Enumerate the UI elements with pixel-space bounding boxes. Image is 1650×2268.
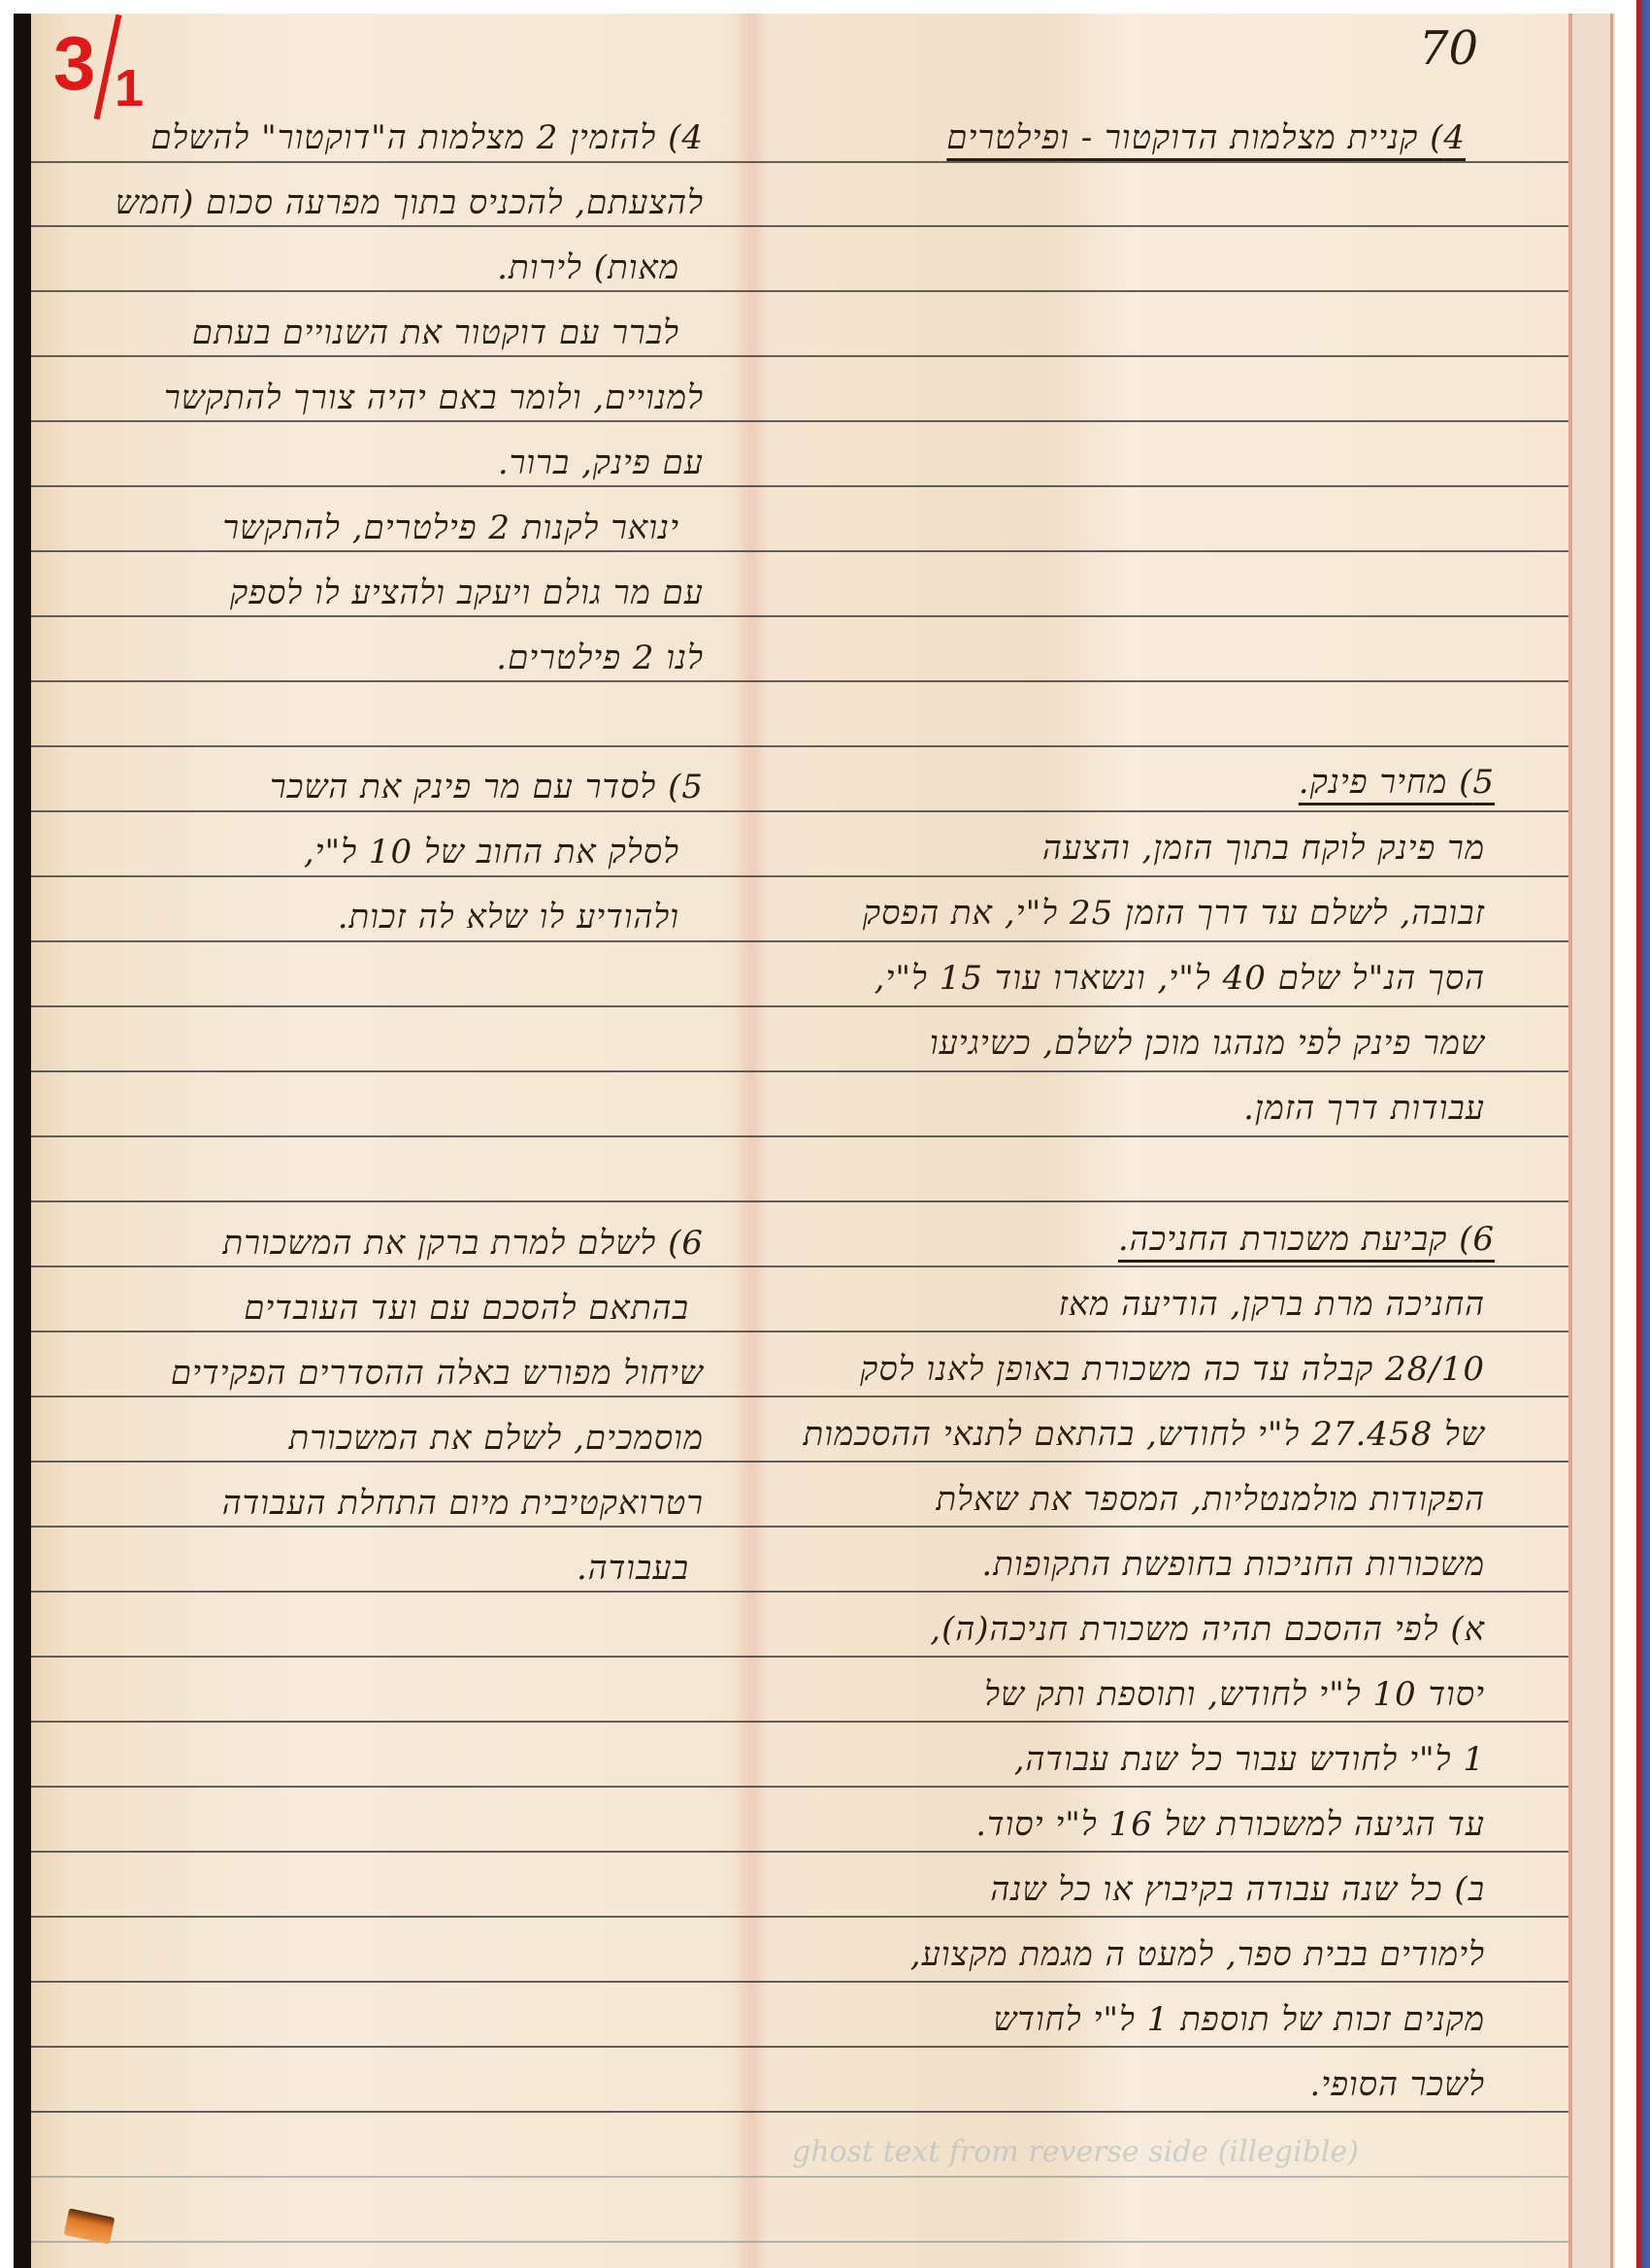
right-section-6-line: משכורות החניכות בחופשת התקופות. bbox=[981, 1541, 1485, 1588]
left-section-4-line: להצעתם, להכניס בתוך מפרעה סכום (חמש bbox=[115, 180, 704, 226]
right-section-5-line: מר פינק לוקח בתוך הזמן, והצעה bbox=[1042, 825, 1485, 871]
right-section-6-line: עד הגיעה למשכורת של 16 ל"י יסוד. bbox=[975, 1801, 1485, 1848]
right-section-5-line: הסך הנ"ל שלם 40 ל"י, ונשארו עוד 15 ל"י, bbox=[874, 955, 1485, 1002]
right-section-6-line: החניכה מרת ברקן, הודיעה מאז bbox=[1059, 1281, 1485, 1328]
left-section-4-line: מאות) לירות. bbox=[497, 245, 679, 291]
center-fold bbox=[732, 14, 771, 2268]
right-section-6-line: לימודים בבית ספר, למעט ה מגמת מקצוע, bbox=[910, 1931, 1485, 1978]
left-section-6-line: בהתאם להסכם עם ועד העובדים bbox=[244, 1285, 689, 1331]
right-section-6-line: הפקודות מולמנטליות, המספר את שאלת bbox=[936, 1476, 1485, 1523]
left-section-5-title: 5) לסדר עם מר פינק את השכר bbox=[270, 764, 704, 810]
left-section-6-title: 6) לשלם למרת ברקן את המשכורת bbox=[222, 1220, 704, 1266]
left-section-6-line: מוסמכים, לשלם את המשכורת bbox=[289, 1415, 704, 1462]
right-section-6-line: ב) כל שנה עבודה בקיבוץ או כל שנה bbox=[990, 1866, 1485, 1913]
left-section-4-line: לנו 2 פילטרים. bbox=[496, 635, 704, 681]
left-section-4-line: לברר עם דוקטור את השנויים בעתם bbox=[192, 310, 679, 356]
left-section-4-line: עם פינק, ברור. bbox=[498, 440, 704, 486]
margin-line-outer bbox=[1610, 14, 1613, 2268]
right-section-6-line: א) לפי ההסכם תהיה משכורת חניכה(ה), bbox=[930, 1606, 1485, 1653]
right-section-5-line: זבובה, לשלם עד דרך הזמן 25 ל"י, את הפסק bbox=[863, 890, 1485, 937]
left-section-4-line: עם מר גולם ויעקב ולהציע לו לספק bbox=[230, 570, 704, 616]
left-section-5-line: לסלק את החוב של 10 ל"י, bbox=[304, 829, 679, 875]
right-section-6-line: לשכר הסופי. bbox=[1309, 2061, 1485, 2108]
page-number: 70 bbox=[1419, 21, 1478, 76]
left-section-6-line: שיחול מפורש באלה ההסדרים הפקידים bbox=[171, 1350, 704, 1397]
right-margin-strip bbox=[1572, 14, 1610, 2268]
left-section-5-line: ולהודיע לו שלא לה זכות. bbox=[338, 894, 679, 940]
bleed-through-text: ghost text from reverse side (illegible) bbox=[792, 2135, 1359, 2169]
right-section-5-title: 5) מחיר פינק. bbox=[1299, 759, 1495, 805]
right-section-5-line: שמר פינק לפי מנהגו מוכן לשלם, כשיגיעו bbox=[930, 1020, 1485, 1067]
left-section-6-line: רטרואקטיבית מיום התחלת העבודה bbox=[222, 1480, 704, 1527]
right-section-6-line: 1 ל"י לחודש עבור כל שנת עבודה, bbox=[1014, 1736, 1485, 1783]
right-section-6-line: של 27.458 ל"י לחודש, בהתאם לתנאי ההסכמות bbox=[804, 1411, 1485, 1458]
left-section-4-line: ינואר לקנות 2 פילטרים, להתקשר bbox=[222, 505, 679, 551]
margin-line bbox=[1568, 14, 1572, 2268]
right-section-6-line: מקנים זכות של תוספת 1 ל"י לחודש bbox=[993, 1996, 1485, 2043]
folio-number: 3 bbox=[53, 19, 95, 108]
left-section-4-line: למנויים, ולומר באם יהיה צורך להתקשר bbox=[164, 375, 704, 421]
left-section-6-line: בעבודה. bbox=[577, 1545, 689, 1592]
left-section-4-title: 4) להזמין 2 מצלמות ה"דוקטור" להשלם bbox=[150, 115, 704, 161]
right-section-5-line: עבודות דרך הזמן. bbox=[1243, 1085, 1485, 1132]
folio-sub: 1 bbox=[115, 58, 144, 118]
binding-shadow bbox=[14, 14, 31, 2268]
page-edge-binding bbox=[1636, 0, 1650, 2268]
right-section-6-line: יסוד 10 ל"י לחודש, ותוספת ותק של bbox=[984, 1671, 1485, 1718]
right-section-4-title: 4) קניית מצלמות הדוקטור - ופילטרים bbox=[946, 115, 1466, 161]
right-section-6-line: 28/10 קבלה עד כה משכורת באופן לאנו לסק bbox=[860, 1346, 1485, 1393]
right-section-6-title: 6) קביעת משכורת החניכה. bbox=[1118, 1216, 1495, 1263]
